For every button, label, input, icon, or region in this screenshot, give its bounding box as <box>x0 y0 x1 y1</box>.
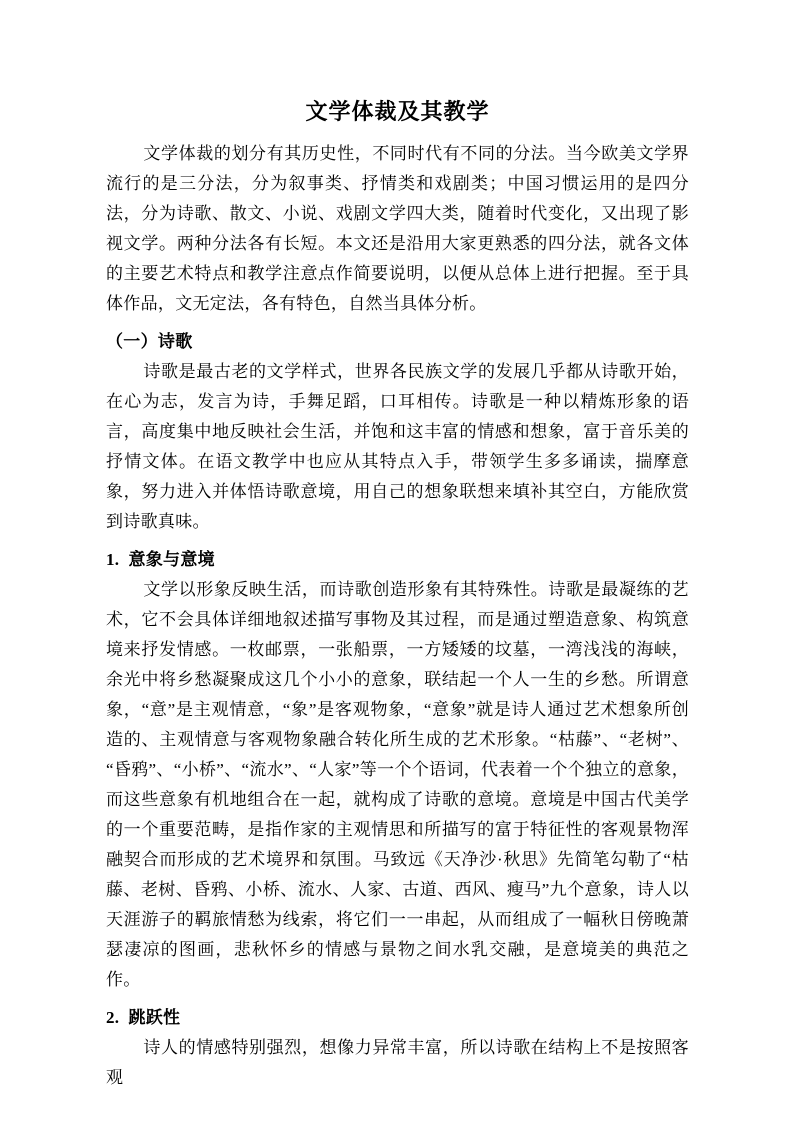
document-title: 文学体裁及其教学 <box>106 96 689 128</box>
subsection-heading-imagery-artistic-conception: 1. 意象与意境 <box>106 545 689 575</box>
imagery-paragraph: 文学以形象反映生活，而诗歌创造形象有其特殊性。诗歌是最凝练的艺术，它不会具体详细… <box>106 575 689 995</box>
subsection-heading-jumpiness: 2. 跳跃性 <box>106 1003 689 1033</box>
document-title-text: 文学体裁及其教学 <box>305 99 489 124</box>
poetry-overview-paragraph: 诗歌是最古老的文学样式，世界各民族文学的发展几乎都从诗歌开始，在心为志，发言为诗… <box>106 357 689 537</box>
section-heading-poetry: （一）诗歌 <box>106 327 689 357</box>
intro-paragraph: 文学体裁的划分有其历史性，不同时代有不同的分法。当今欧美文学界流行的是三分法，分… <box>106 139 689 319</box>
jumpiness-paragraph: 诗人的情感特别强烈，想像力异常丰富，所以诗歌在结构上不是按照客观 <box>106 1033 689 1093</box>
document-page: 文学体裁及其教学 文学体裁的划分有其历史性，不同时代有不同的分法。当今欧美文学界… <box>0 0 794 1123</box>
